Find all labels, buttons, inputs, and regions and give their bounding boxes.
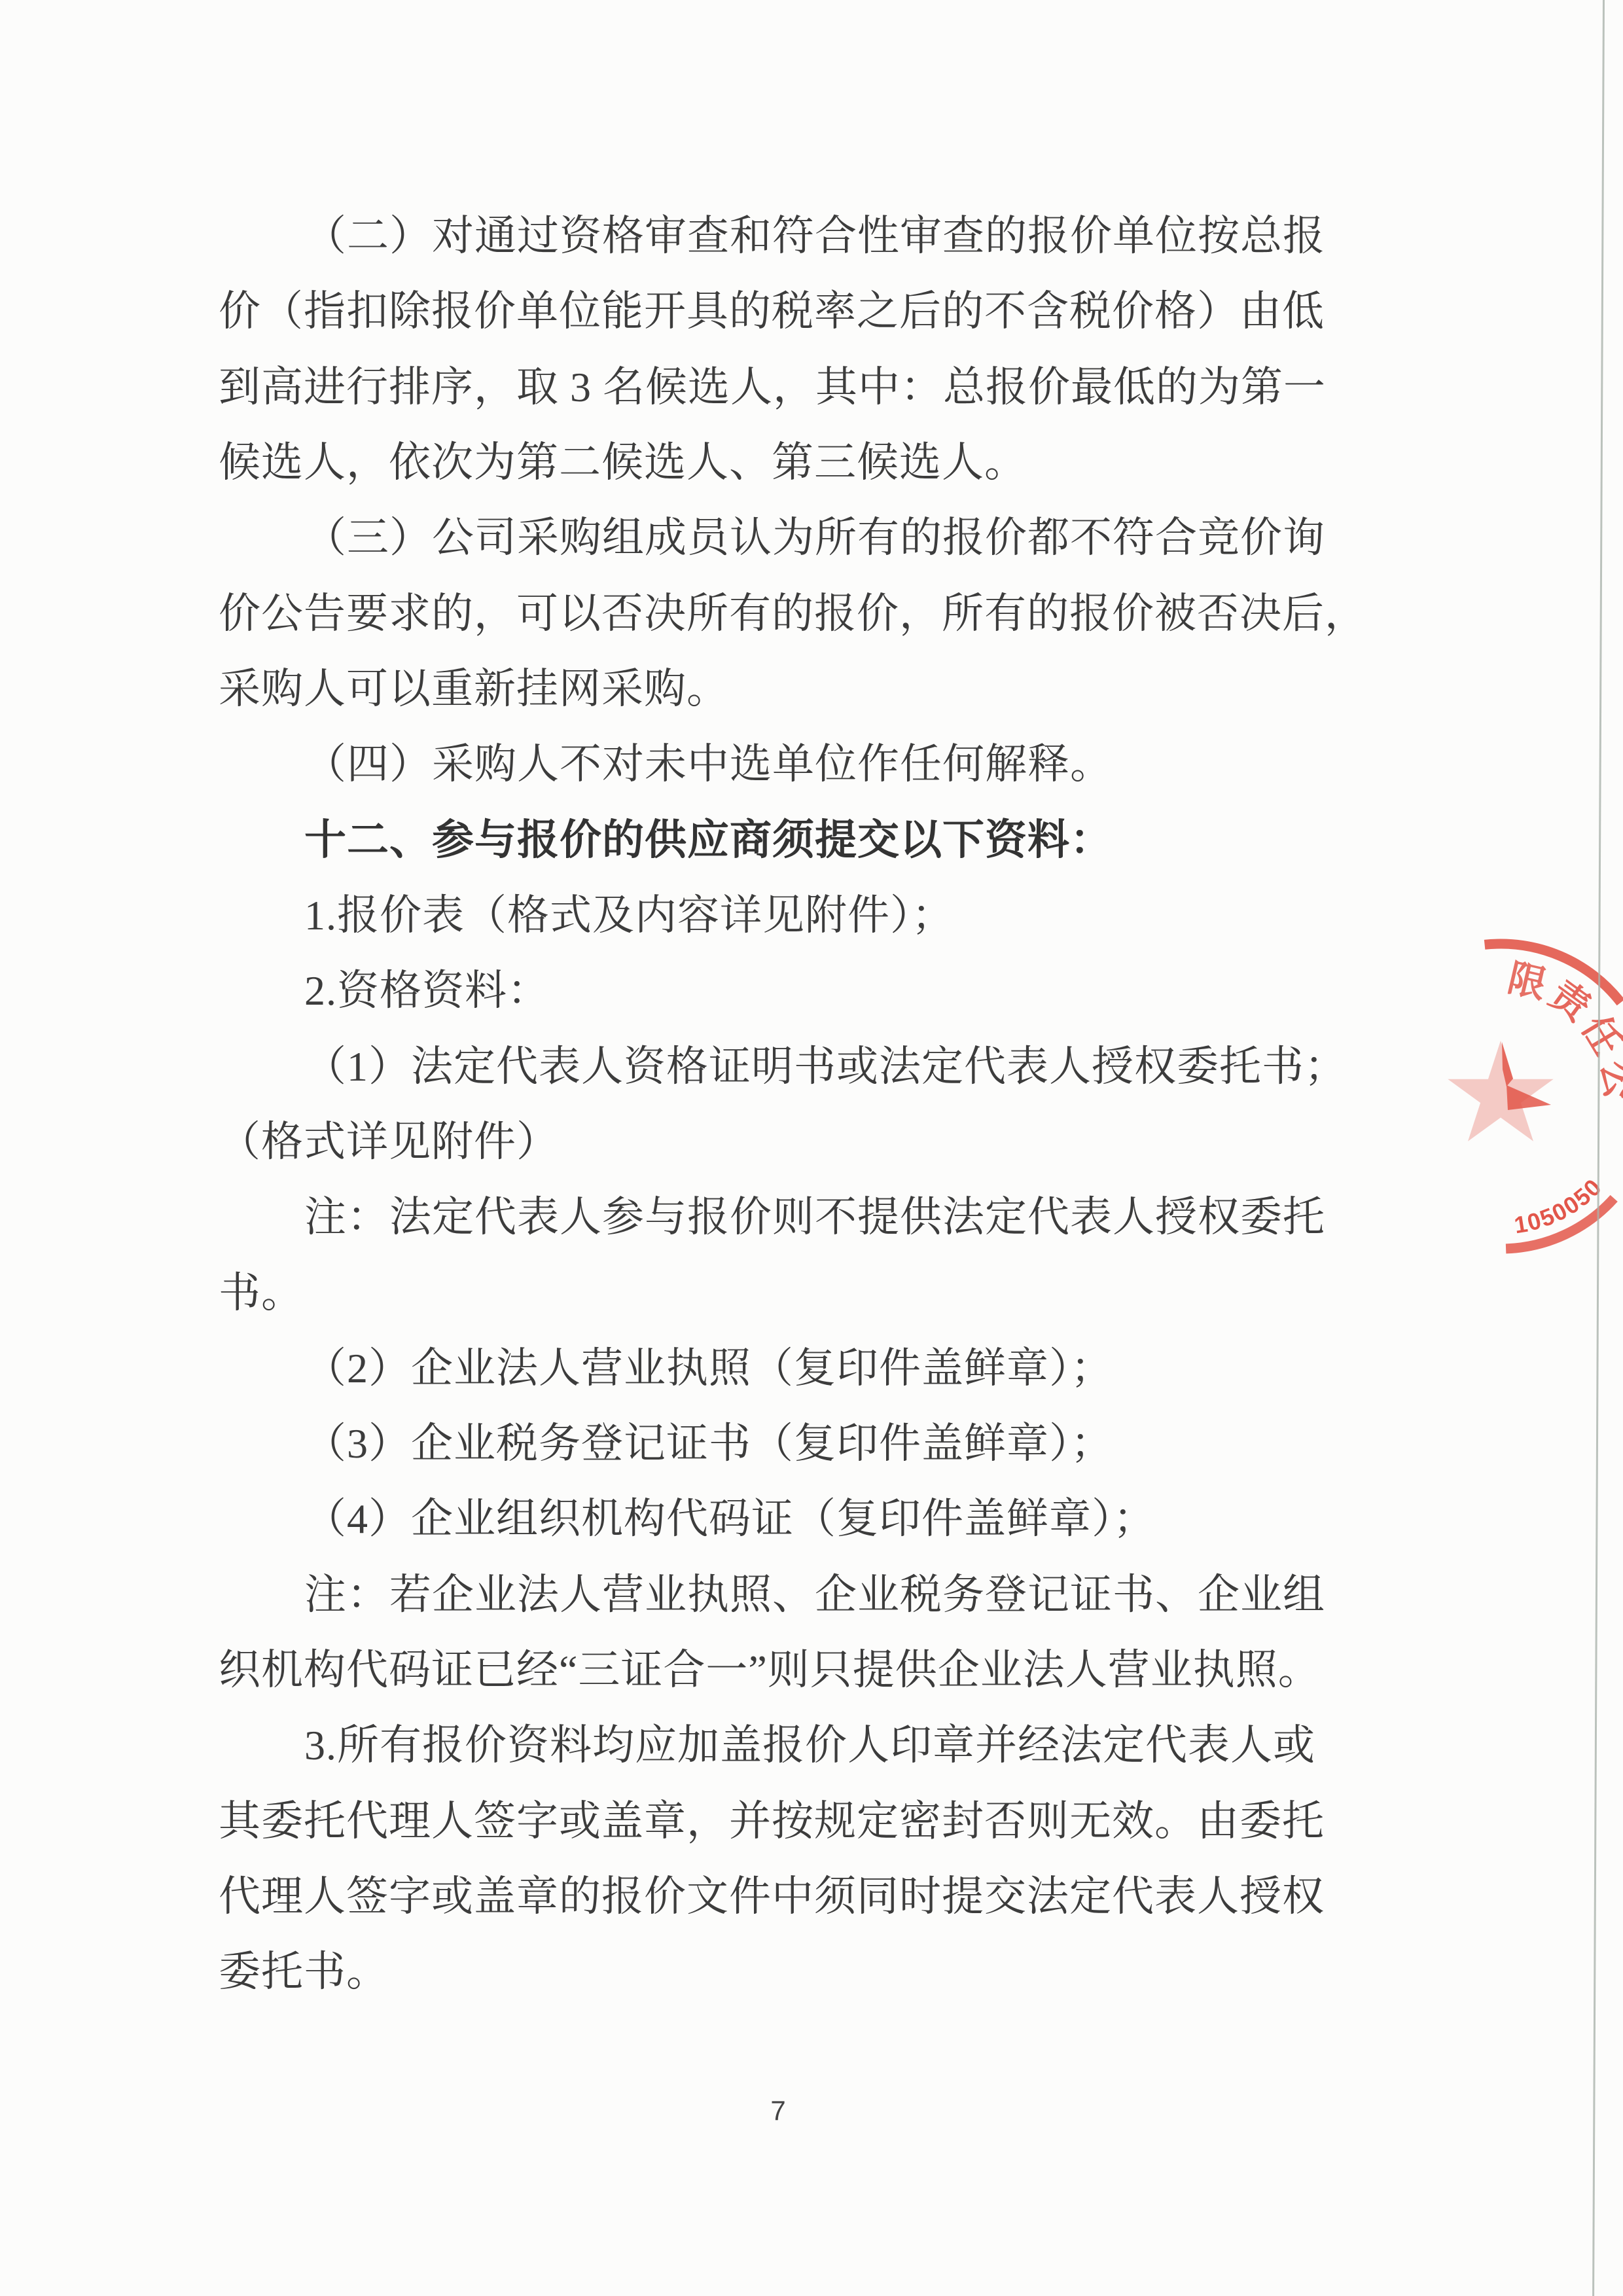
text-line: 2.资格资料： [219, 953, 1423, 1028]
text-line: （格式详见附件） [219, 1104, 1338, 1179]
company-seal: 限 责 任 公 1 0 5 0 0 5 0 [1335, 929, 1623, 1270]
text-line: 采购人可以重新挂网采购。 [219, 651, 1338, 726]
text-line: 候选人，依次为第二候选人、第三候选人。 [219, 425, 1338, 500]
text-line: （四）采购人不对未中选单位作任何解释。 [219, 726, 1423, 802]
text-line: （1）法定代表人资格证明书或法定代表人授权委托书； [219, 1029, 1423, 1104]
text-line: 价（指扣除报价单位能开具的税率之后的不含税价格）由低 [219, 274, 1338, 349]
text-line: （三）公司采购组成员认为所有的报价都不符合竞价询 [219, 500, 1423, 575]
page-number: 7 [219, 2093, 1338, 2128]
text-line: （3）企业税务登记证书（复印件盖鲜章）； [219, 1406, 1423, 1481]
text-line: 注：法定代表人参与报价则不提供法定代表人授权委托 [219, 1179, 1423, 1255]
text-line: （4）企业组织机构代码证（复印件盖鲜章）； [219, 1481, 1423, 1556]
text-line: 1.报价表（格式及内容详见附件）； [219, 878, 1423, 953]
text-line: 注：若企业法人营业执照、企业税务登记证书、企业组 [219, 1557, 1423, 1632]
seal-star [1448, 1041, 1554, 1141]
document-page: （二）对通过资格审查和符合性审查的报价单位按总报 价（指扣除报价单位能开具的税率… [0, 0, 1623, 2296]
text-line: 织机构代码证已经“三证合一”则只提供企业法人营业执照。 [219, 1632, 1338, 1708]
text-line: 3.所有报价资料均应加盖报价人印章并经法定代表人或 [219, 1708, 1423, 1783]
text-line: 代理人签字或盖章的报价文件中须同时提交法定代表人授权 [219, 1859, 1338, 1934]
text-line: 书。 [219, 1255, 1338, 1331]
text-line: （二）对通过资格审查和符合性审查的报价单位按总报 [219, 198, 1423, 274]
seal-company-name-char: 限 [1504, 956, 1550, 1006]
text-line: 其委托代理人签字或盖章，并按规定密封否则无效。由委托 [219, 1784, 1338, 1859]
section-heading: 十二、参与报价的供应商须提交以下资料： [219, 802, 1423, 878]
text-line: 委托书。 [219, 1934, 1338, 2009]
text-line: 价公告要求的，可以否决所有的报价，所有的报价被否决后， [219, 576, 1338, 651]
text-line: 到高进行排序，取 3 名候选人，其中：总报价最低的为第一 [219, 350, 1338, 425]
text-line: （2）企业法人营业执照（复印件盖鲜章）； [219, 1331, 1423, 1406]
